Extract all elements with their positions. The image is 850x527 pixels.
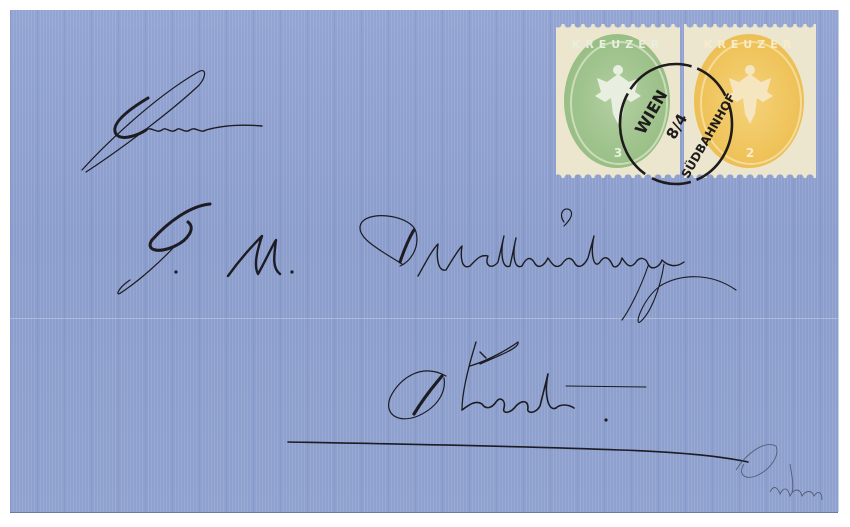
initials-script (118, 204, 294, 294)
city-script (389, 342, 646, 422)
name-script (360, 209, 736, 322)
postmark-date: 8/4 (662, 111, 691, 143)
underline (288, 442, 748, 462)
postmark-cancel: WIEN 8/4 SÜDBAHNHOF (620, 64, 738, 184)
salutation-script (82, 71, 262, 172)
pencil-note (736, 445, 822, 500)
postmark-office: SÜDBAHNHOF (678, 91, 739, 181)
handwriting-layer: WIEN 8/4 SÜDBAHNHOF (0, 0, 850, 527)
